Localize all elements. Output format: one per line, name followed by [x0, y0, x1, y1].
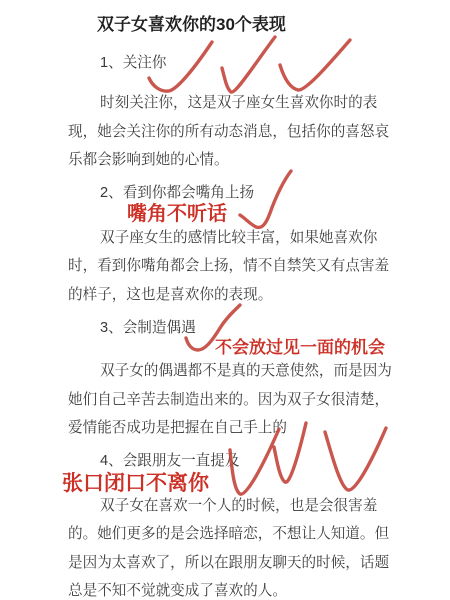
section-3-red-annotation: 不会放过见一面的机会 — [215, 338, 450, 358]
section-3-body: 双子女的偶遇都不是真的天意使然，而是因为 她们自己辛苦去制造出来的。因为双子女很… — [68, 357, 440, 443]
section-1-heading: 1、关注你 — [100, 53, 450, 73]
section-2-red-annotation: 嘴角不听话 — [127, 203, 450, 226]
section-4-body: 双子女在喜欢一个人的时候，也是会很害羞 的。她们更多的是会选择暗恋，不想让人知道… — [68, 492, 440, 600]
section-1-body: 时刻关注你，这是双子座女生喜欢你时的表 现，她会关注你的所有动态消息，包括你的喜… — [68, 89, 440, 175]
page-title: 双子女喜欢你的30个表现 — [97, 14, 450, 36]
section-3-heading: 3、会制造偶遇 — [100, 318, 450, 338]
section-2-body: 双子座女生的感情比较丰富，如果她喜欢你 时，看到你嘴角都会上扬，情不自禁笑又有点… — [68, 224, 440, 310]
article-page: 双子女喜欢你的30个表现 1、关注你 时刻关注你，这是双子座女生喜欢你时的表 现… — [0, 0, 450, 600]
section-2-heading: 2、看到你都会嘴角上扬 — [100, 183, 450, 203]
section-4-heading: 4、会跟朋友一直提及 — [100, 451, 450, 471]
